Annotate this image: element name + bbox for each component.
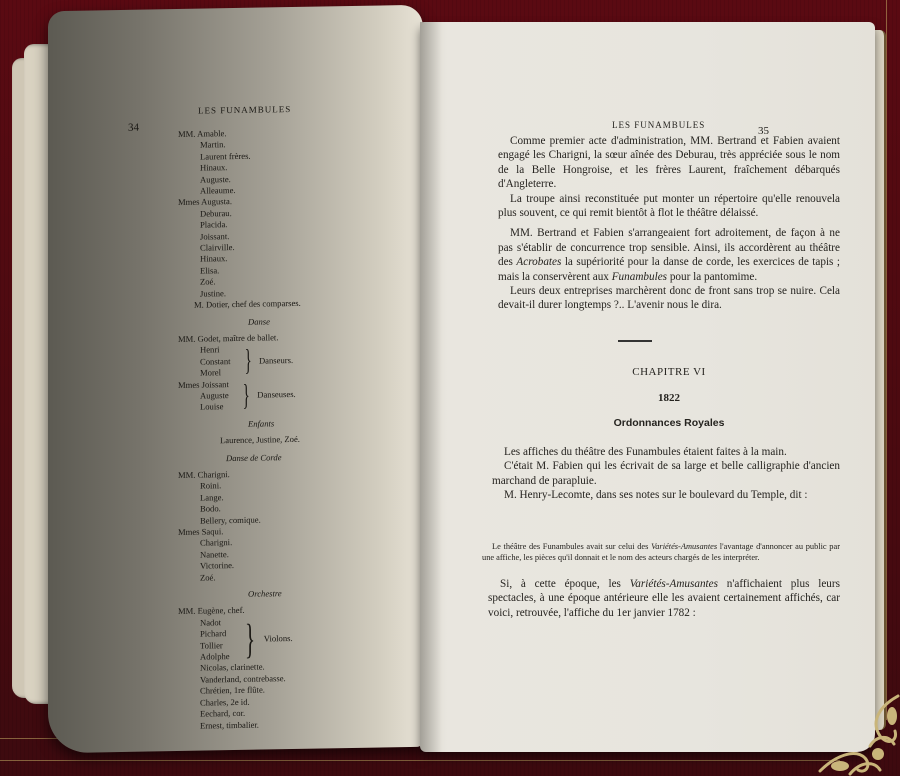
gutter-shadow (420, 22, 442, 752)
paragraph: MM. Bertrand et Fabien s'arrangeaient fo… (498, 226, 840, 284)
paragraph: Comme premier acte d'administration, MM.… (498, 134, 840, 192)
brace-icon: } (242, 380, 249, 410)
cast-list: MM. Amable. Martin. Laurent frères. Hina… (178, 127, 301, 732)
cover-gilt-rule (886, 0, 887, 720)
cast-line: Auguste (178, 390, 229, 402)
cast-line: Laurence, Justine, Zoé. (178, 434, 301, 448)
paragraph: C'était M. Fabien qui les écrivait de sa… (492, 459, 840, 488)
paragraph: Les affiches du théâtre des Funambules é… (492, 445, 840, 459)
cast-line: Morel (200, 367, 231, 379)
body-text: Si, à cette époque, les Variétés-Amusant… (488, 577, 840, 620)
paragraph: M. Henry-Lecomte, dans ses notes sur le … (492, 488, 840, 502)
cast-line: Tollier (200, 640, 230, 652)
section-divider (618, 340, 652, 342)
section-heading: Orchestre (178, 588, 301, 602)
brace-icon: } (245, 624, 255, 654)
block-quote: Le théâtre des Funambules avait sur celu… (482, 541, 840, 563)
chapter-title: CHAPITRE VI (498, 366, 840, 378)
group-label: Danseurs. (259, 355, 293, 367)
cast-line: Adolphe (200, 651, 230, 663)
cast-line: Constant (200, 356, 231, 368)
left-page: LES FUNAMBULES 34 MM. Amable. Martin. La… (48, 5, 423, 754)
cast-line: Zoé. (178, 570, 301, 584)
section-heading: Danse (178, 315, 301, 329)
brace-group: Mmes Joissant Auguste Louise } Danseuses… (178, 377, 301, 413)
body-text: Comme premier acte d'administration, MM.… (498, 134, 840, 313)
right-page: LES FUNAMBULES 35 Comme premier acte d'a… (420, 22, 875, 752)
section-heading: Enfants (178, 418, 301, 432)
page-number: 34 (128, 122, 139, 134)
section-heading: Danse de Corde (178, 451, 301, 465)
brace-icon: } (244, 346, 251, 376)
group-label: Violons. (264, 633, 293, 645)
cast-line: Nadot (200, 617, 230, 629)
cast-line: Louise (178, 401, 229, 413)
cast-line: M. Dotier, chef des comparses. (178, 298, 301, 312)
paragraph: Leurs deux entreprises marchèrent donc d… (498, 284, 840, 313)
cast-line: Henri (200, 344, 231, 356)
body-text: Les affiches du théâtre des Funambules é… (492, 445, 840, 503)
paragraph: La troupe ainsi reconstituée put monter … (498, 192, 840, 221)
running-head: LES FUNAMBULES (612, 120, 705, 130)
brace-group: Nadot Pichard Tollier Adolphe } Violons. (178, 616, 301, 664)
brace-group: Henri Constant Morel } Danseurs. (178, 343, 301, 379)
group-label: Danseuses. (257, 389, 295, 401)
running-head: LES FUNAMBULES (198, 104, 291, 116)
cast-line: Mmes Joissant (178, 379, 229, 391)
paragraph: Si, à cette époque, les Variétés-Amusant… (488, 577, 840, 620)
cast-line: Ernest, timbalier. (178, 718, 301, 732)
chapter-subtitle: Ordonnances Royales (498, 417, 840, 429)
cover-gilt-rule (0, 760, 840, 761)
chapter-year: 1822 (498, 392, 840, 404)
gilt-corner-ornament-icon (810, 686, 900, 776)
cast-line: Pichard (200, 628, 230, 640)
